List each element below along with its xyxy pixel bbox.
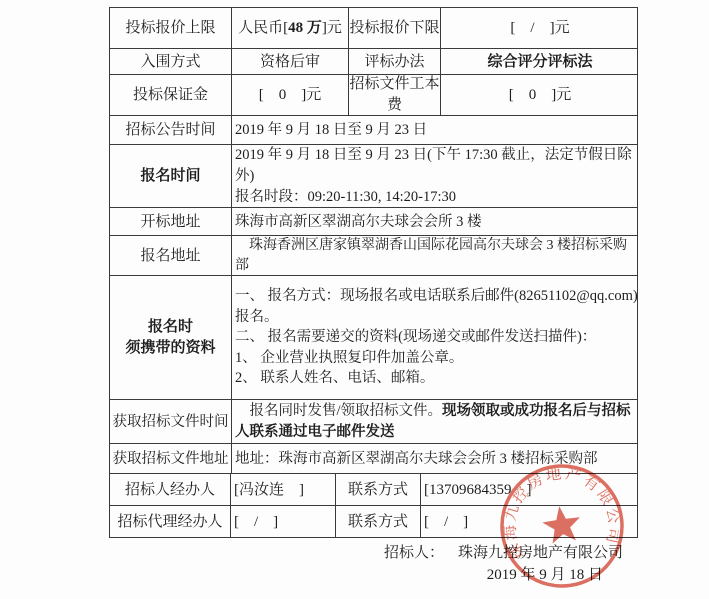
label-announcement-period: 招标公告时间 [110,116,232,144]
text-line: 部 [235,256,249,276]
label-text: 获取招标文件时间 [113,412,229,432]
text-line: 报名时段：09:20-11:30, 14:20-17:30 [235,187,456,208]
signature-date: 2019 年 9 月 18 日 [330,566,603,585]
label-text: 招标人经办人 [125,480,215,500]
label-agency-agent: 招标代理经办人 [110,506,231,538]
value-text: 人民币[48 万]元 [238,18,342,38]
value-bidder-agent-name: [冯汝连 ] [231,474,336,505]
label-bid-bond: 投标保证金 [110,75,232,115]
label-text: 联系方式 [348,512,408,532]
bidder-label: 招标人： [384,545,444,561]
value-text: 珠海市高新区翠湖高尔夫球会会所 3 楼 [235,212,482,232]
value-shortlist-method: 资格后审 [232,49,349,74]
value-agency-agent-name: [ / ] [231,506,336,538]
value-evaluation-method: 综合评分评标法 [441,49,639,74]
text-line: 报名。 [235,307,279,328]
value-bid-price-lower: [ / ]元 [441,8,639,48]
value-document-fee: [ 0 ]元 [441,75,639,115]
text-line: 报名同时发售/领取招标文件。现场领取或成功报名后与招标 [235,401,631,422]
value-announcement-period: 2019 年 9 月 18 日至 9 月 23 日 [232,116,639,144]
label-agency-contact: 联系方式 [336,506,421,538]
text-regular: 报名同时发售/领取招标文件。 [235,403,442,419]
value-document-obtain-time: 报名同时发售/领取招标文件。现场领取或成功报名后与招标 人联系通过电子邮件发送 [232,400,639,443]
label-registration-materials: 报名时 须携带的资料 [110,276,232,399]
value-registration-materials: 一、 报名方式：现场报名或电话联系后邮件(82651102@qq.com) 报名… [232,276,639,399]
label-text-line: 费 [387,95,402,116]
value-text-post: ]元 [322,20,342,36]
value-text-pre: 人民币[ [238,20,288,36]
value-text: [13709684359 ] [424,480,532,500]
value-registration-time: 2019 年 9 月 18 日至 9 月 23 日(下午 17:30 截止，法定… [232,145,639,207]
text-line: 二、 报名需要递交的资料(现场递交或邮件发送扫描件)： [235,327,596,348]
label-text-line: 报名时 [148,317,193,338]
value-text-bold: 48 万 [288,20,322,36]
table-row-bid-price: 投标报价上限 人民币[48 万]元 投标报价下限 [ / ]元 [110,8,637,49]
signature-line: 招标人：珠海九控房地产有限公司 [330,544,623,563]
table-row-registration-materials: 报名时 须携带的资料 一、 报名方式：现场报名或电话联系后邮件(82651102… [110,276,637,400]
label-bid-price-lower: 投标报价下限 [349,8,441,48]
text-bold: 现场领取或成功报名后与招标 [442,403,631,419]
label-evaluation-method: 评标办法 [349,49,441,74]
label-registration-address: 报名地址 [110,236,232,275]
value-text: 地址：珠海市高新区翠湖高尔夫球会会所 3 楼招标采购部 [235,449,598,469]
value-text: [ 0 ]元 [259,85,322,105]
label-registration-time: 报名时间 [110,145,232,207]
value-text: [ 0 ]元 [509,85,572,105]
label-text: 报名时间 [140,166,200,186]
text-line: 2、 联系人姓名、电话、邮箱。 [235,368,434,389]
value-text: 2019 年 9 月 18 日至 9 月 23 日 [235,120,427,140]
value-document-obtain-address: 地址：珠海市高新区翠湖高尔夫球会会所 3 楼招标采购部 [232,444,639,473]
value-bid-opening-address: 珠海市高新区翠湖高尔夫球会会所 3 楼 [232,208,639,235]
value-bid-price-upper: 人民币[48 万]元 [232,8,349,48]
table-row-document-obtain-address: 获取招标文件地址 地址：珠海市高新区翠湖高尔夫球会会所 3 楼招标采购部 [110,444,637,474]
value-bid-bond: [ 0 ]元 [232,75,349,115]
value-text: [ / ] [234,512,278,532]
text-line: 人联系通过电子邮件发送 [235,422,395,443]
table-row-method: 入围方式 资格后审 评标办法 综合评分评标法 [110,49,637,75]
label-text: 招标代理经办人 [117,512,222,532]
value-bidder-contact-phone: [13709684359 ] [421,474,639,505]
label-text: 获取招标文件地址 [113,449,229,469]
table-row-announcement-period: 招标公告时间 2019 年 9 月 18 日至 9 月 23 日 [110,116,637,145]
label-text: 投标报价下限 [349,18,439,38]
text-line: 外) [235,166,254,187]
value-text: [ / ] [424,512,468,532]
label-text-line: 招标文件工本 [349,74,439,95]
tender-info-table: 投标报价上限 人民币[48 万]元 投标报价下限 [ / ]元 入围方式 资格后… [109,7,638,538]
label-bidder-agent: 招标人经办人 [110,474,231,505]
signature-block: 招标人：珠海九控房地产有限公司 2019 年 9 月 18 日 [330,544,638,585]
label-text: 投标报价上限 [125,18,215,38]
label-shortlist-method: 入围方式 [110,49,232,74]
table-row-agency-agent: 招标代理经办人 [ / ] 联系方式 [ / ] [110,506,637,538]
label-document-fee: 招标文件工本 费 [349,75,441,115]
value-agency-contact-phone: [ / ] [421,506,639,538]
label-text: 投标保证金 [133,85,208,105]
text-line: 1、 企业营业执照复印件加盖公章。 [235,348,463,369]
table-row-document-obtain-time: 获取招标文件时间 报名同时发售/领取招标文件。现场领取或成功报名后与招标 人联系… [110,400,637,444]
table-row-registration-address: 报名地址 珠海香洲区唐家镇翠湖香山国际花园高尔夫球会 3 楼招标采购 部 [110,236,637,276]
value-text: 资格后审 [260,52,320,72]
value-text: [冯汝连 ] [234,480,304,500]
document-page: 投标报价上限 人民币[48 万]元 投标报价下限 [ / ]元 入围方式 资格后… [0,0,709,599]
text-line: 2019 年 9 月 18 日至 9 月 23 日(下午 17:30 截止，法定… [235,145,632,166]
label-text: 评标办法 [364,52,424,72]
table-row-registration-time: 报名时间 2019 年 9 月 18 日至 9 月 23 日(下午 17:30 … [110,145,637,208]
text-line: 珠海香洲区唐家镇翠湖香山国际花园高尔夫球会 3 楼招标采购 [235,236,627,256]
label-bidder-contact: 联系方式 [336,474,421,505]
label-text: 开标地址 [140,212,200,232]
value-text: 综合评分评标法 [487,52,592,72]
label-text: 报名地址 [140,246,200,266]
table-row-bid-opening-address: 开标地址 珠海市高新区翠湖高尔夫球会会所 3 楼 [110,208,637,236]
label-text: 联系方式 [348,480,408,500]
table-row-bidder-agent: 招标人经办人 [冯汝连 ] 联系方式 [13709684359 ] [110,474,637,506]
label-text: 招标公告时间 [125,120,215,140]
value-registration-address: 珠海香洲区唐家镇翠湖香山国际花园高尔夫球会 3 楼招标采购 部 [232,236,639,275]
text-line: 一、 报名方式：现场报名或电话联系后邮件(82651102@qq.com) [235,286,638,307]
label-document-obtain-time: 获取招标文件时间 [110,400,232,443]
value-text: [ / ]元 [510,18,569,38]
label-text: 入围方式 [140,52,200,72]
label-bid-opening-address: 开标地址 [110,208,232,235]
bidder-company-name: 珠海九控房地产有限公司 [458,545,623,561]
label-bid-price-upper: 投标报价上限 [110,8,232,48]
label-text-line: 须携带的资料 [125,338,215,359]
table-row-bond-fee: 投标保证金 [ 0 ]元 招标文件工本 费 [ 0 ]元 [110,75,637,116]
label-document-obtain-address: 获取招标文件地址 [110,444,232,473]
